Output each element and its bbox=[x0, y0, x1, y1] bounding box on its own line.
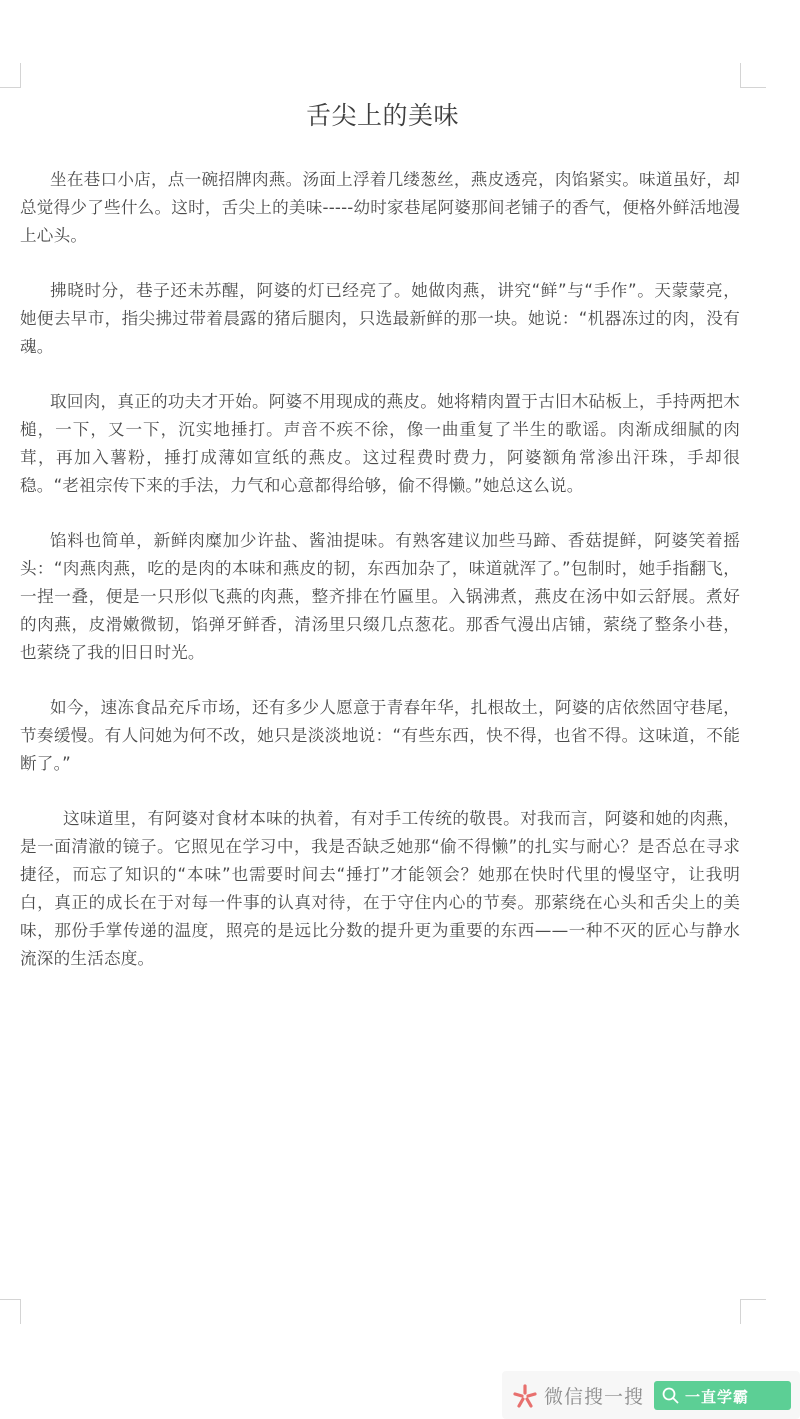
wechat-search-brand-text: 微信搜一搜 bbox=[544, 1382, 644, 1409]
paragraph-4: 馅料也简单，新鲜肉糜加少许盐、酱油提味。有熟客建议加些马蹄、香菇提鲜，阿婆笑着摇… bbox=[20, 527, 740, 667]
paragraph-5: 如今，速冻食品充斥市场，还有多少人愿意于青春年华，扎根故土，阿婆的店依然固守巷尾… bbox=[20, 694, 740, 778]
page-corner-mark-bottom-right bbox=[740, 1299, 766, 1324]
document-title: 舌尖上的美味 bbox=[0, 96, 765, 132]
paragraph-2: 拂晓时分，巷子还未苏醒，阿婆的灯已经亮了。她做肉燕，讲究“鲜”与“手作”。天蒙蒙… bbox=[20, 277, 740, 361]
search-account-label: 一直学霸 bbox=[685, 1386, 749, 1407]
paragraph-6: 这味道里，有阿婆对食材本味的执着，有对手工传统的敬畏。对我而言，阿婆和她的肉燕，… bbox=[20, 805, 740, 973]
page-corner-mark-top-left bbox=[0, 63, 21, 88]
search-icon bbox=[662, 1387, 679, 1404]
page-corner-mark-top-right bbox=[740, 63, 766, 88]
wechat-search-logo-icon bbox=[512, 1383, 538, 1409]
paragraph-3: 取回肉，真正的功夫才开始。阿婆不用现成的燕皮。她将精肉置于古旧木砧板上，手持两把… bbox=[20, 388, 740, 500]
wechat-search-watermark: 微信搜一搜 一直学霸 bbox=[502, 1371, 800, 1419]
paragraph-1: 坐在巷口小店，点一碗招牌肉燕。汤面上浮着几缕葱丝，燕皮透亮，肉馅紧实。味道虽好，… bbox=[20, 166, 740, 250]
account-search-button[interactable]: 一直学霸 bbox=[654, 1381, 791, 1410]
page-corner-mark-bottom-left bbox=[0, 1299, 21, 1324]
document-body: 坐在巷口小店，点一碗招牌肉燕。汤面上浮着几缕葱丝，燕皮透亮，肉馅紧实。味道虽好，… bbox=[20, 166, 740, 1000]
